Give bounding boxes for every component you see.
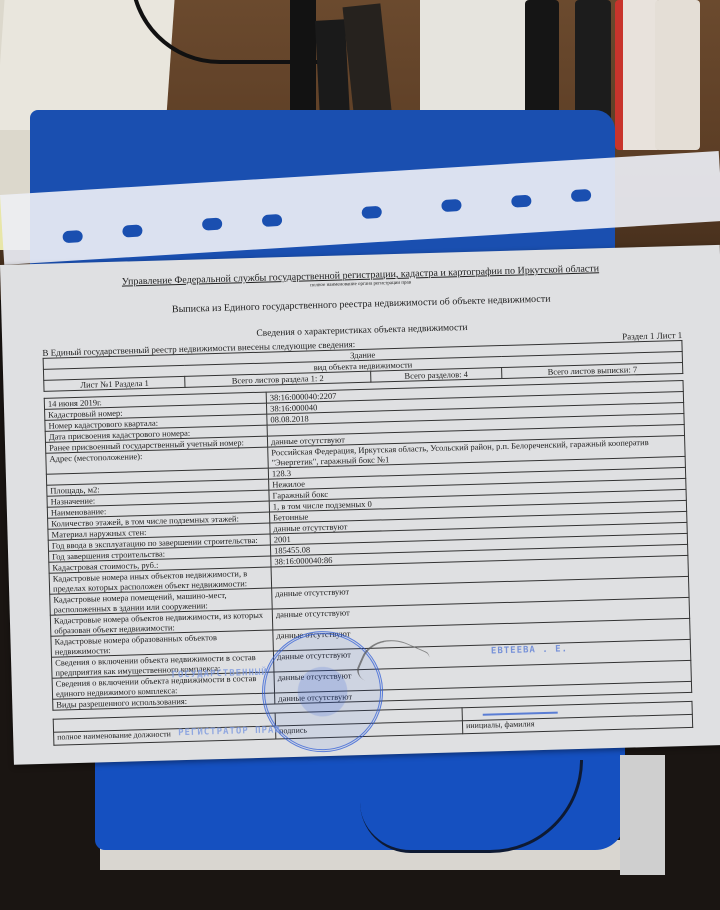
punch-hole: [441, 199, 462, 212]
document-sheet: Управление Федеральной службы государств…: [0, 245, 720, 765]
marker-white: [655, 0, 700, 150]
punch-hole: [511, 195, 532, 208]
document-title: Выписка из Единого государственного реес…: [41, 290, 681, 319]
section-label: Раздел 1 Лист 1: [622, 330, 682, 342]
punch-hole: [361, 206, 382, 219]
punch-hole: [262, 214, 283, 227]
punch-hole: [202, 218, 223, 231]
name-stamp: ЕВТЕЕВА . Е.: [491, 644, 568, 656]
sheet-protector-edge: [620, 755, 665, 875]
punch-hole: [62, 230, 83, 243]
punch-hole: [571, 189, 592, 202]
punch-hole: [122, 224, 143, 237]
